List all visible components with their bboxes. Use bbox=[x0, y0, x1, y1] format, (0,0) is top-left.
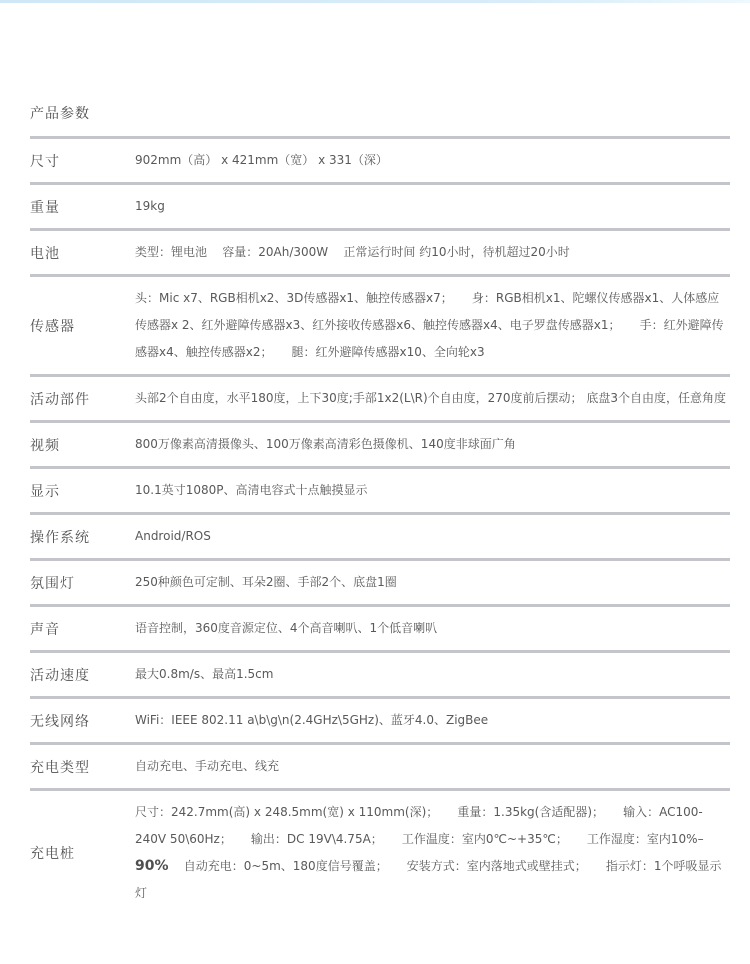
spec-value-segment: 自动充电：0~5m、180度信号覆盖； 安装方式：室内落地式或壁挂式； 指示灯：… bbox=[135, 859, 721, 900]
spec-label-weight: 重量 bbox=[30, 197, 135, 217]
spec-label-video: 视频 bbox=[30, 435, 135, 455]
spec-value-segment: Android/ROS bbox=[135, 529, 211, 543]
spec-value-wireless: WiFi：IEEE 802.11 a\b\g\n(2.4GHz\5GHz)、蓝牙… bbox=[135, 707, 730, 734]
spec-value-moving-parts: 头部2个自由度，水平180度，上下30度;手部1x2(L\R)个自由度，270度… bbox=[135, 385, 730, 412]
spec-label-display: 显示 bbox=[30, 481, 135, 501]
spec-label-charging-dock: 充电桩 bbox=[30, 843, 135, 863]
spec-row-ambient-light: 氛围灯250种颜色可定制、耳朵2圈、手部2个、底盘1圈 bbox=[30, 561, 730, 607]
spec-rows: 尺寸902mm（高） x 421mm（宽） x 331（深）重量19kg电池类型… bbox=[30, 139, 730, 915]
spec-label-ambient-light: 氛围灯 bbox=[30, 573, 135, 593]
spec-row-sensors: 传感器头：Mic x7、RGB相机x2、3D传感器x1、触控传感器x7； 身：R… bbox=[30, 277, 730, 377]
spec-label-sound: 声音 bbox=[30, 619, 135, 639]
spec-row-video: 视频800万像素高清摄像头、100万像素高清彩色摄像机、140度非球面广角 bbox=[30, 423, 730, 469]
spec-value-speed: 最大0.8m/s、最高1.5cm bbox=[135, 661, 730, 688]
spec-value-segment: 19kg bbox=[135, 199, 165, 213]
spec-value-video: 800万像素高清摄像头、100万像素高清彩色摄像机、140度非球面广角 bbox=[135, 431, 730, 458]
spec-label-sensors: 传感器 bbox=[30, 316, 135, 336]
spec-value-dimensions: 902mm（高） x 421mm（宽） x 331（深） bbox=[135, 147, 730, 174]
spec-value-segment: WiFi：IEEE 802.11 a\b\g\n(2.4GHz\5GHz)、蓝牙… bbox=[135, 713, 488, 727]
spec-value-sound: 语音控制，360度音源定位、4个高音喇叭、1个低音喇叭 bbox=[135, 615, 730, 642]
spec-value-segment: 头：Mic x7、RGB相机x2、3D传感器x1、触控传感器x7； 身：RGB相… bbox=[135, 291, 724, 359]
spec-label-dimensions: 尺寸 bbox=[30, 151, 135, 171]
spec-value-segment: 类型：锂电池 容量：20Ah/300W 正常运行时间 约10小时，待机超过20小… bbox=[135, 245, 570, 259]
spec-value-segment: 尺寸：242.7mm(高) x 248.5mm(宽) x 110mm(深)； 重… bbox=[135, 805, 704, 846]
spec-row-os: 操作系统Android/ROS bbox=[30, 515, 730, 561]
spec-table: 产品参数 尺寸902mm（高） x 421mm（宽） x 331（深）重量19k… bbox=[30, 3, 730, 915]
spec-value-segment: 90% bbox=[135, 858, 169, 874]
spec-value-segment: 902mm（高） x 421mm（宽） x 331（深） bbox=[135, 153, 388, 167]
spec-row-display: 显示10.1英寸1080P、高清电容式十点触摸显示 bbox=[30, 469, 730, 515]
spec-value-weight: 19kg bbox=[135, 193, 730, 220]
spec-row-weight: 重量19kg bbox=[30, 185, 730, 231]
spec-value-segment: 250种颜色可定制、耳朵2圈、手部2个、底盘1圈 bbox=[135, 575, 397, 589]
spec-row-battery: 电池类型：锂电池 容量：20Ah/300W 正常运行时间 约10小时，待机超过2… bbox=[30, 231, 730, 277]
section-title: 产品参数 bbox=[30, 3, 730, 139]
spec-row-moving-parts: 活动部件头部2个自由度，水平180度，上下30度;手部1x2(L\R)个自由度，… bbox=[30, 377, 730, 423]
spec-label-wireless: 无线网络 bbox=[30, 711, 135, 731]
spec-value-segment: 最大0.8m/s、最高1.5cm bbox=[135, 667, 273, 681]
spec-value-segment: 10.1英寸1080P、高清电容式十点触摸显示 bbox=[135, 483, 368, 497]
spec-label-battery: 电池 bbox=[30, 243, 135, 263]
spec-value-segment: 自动充电、手动充电、线充 bbox=[135, 759, 279, 773]
spec-value-display: 10.1英寸1080P、高清电容式十点触摸显示 bbox=[135, 477, 730, 504]
spec-value-charging-type: 自动充电、手动充电、线充 bbox=[135, 753, 730, 780]
spec-value-segment: 头部2个自由度，水平180度，上下30度;手部1x2(L\R)个自由度，270度… bbox=[135, 391, 726, 405]
spec-label-speed: 活动速度 bbox=[30, 665, 135, 685]
spec-label-charging-type: 充电类型 bbox=[30, 757, 135, 777]
spec-value-charging-dock: 尺寸：242.7mm(高) x 248.5mm(宽) x 110mm(深)； 重… bbox=[135, 799, 730, 907]
spec-value-battery: 类型：锂电池 容量：20Ah/300W 正常运行时间 约10小时，待机超过20小… bbox=[135, 239, 730, 266]
spec-row-charging-type: 充电类型自动充电、手动充电、线充 bbox=[30, 745, 730, 791]
spec-row-dimensions: 尺寸902mm（高） x 421mm（宽） x 331（深） bbox=[30, 139, 730, 185]
spec-row-charging-dock: 充电桩尺寸：242.7mm(高) x 248.5mm(宽) x 110mm(深)… bbox=[30, 791, 730, 915]
spec-value-sensors: 头：Mic x7、RGB相机x2、3D传感器x1、触控传感器x7； 身：RGB相… bbox=[135, 285, 730, 366]
product-spec-page: 产品参数 尺寸902mm（高） x 421mm（宽） x 331（深）重量19k… bbox=[0, 0, 750, 964]
spec-value-segment: 语音控制，360度音源定位、4个高音喇叭、1个低音喇叭 bbox=[135, 621, 437, 635]
spec-label-moving-parts: 活动部件 bbox=[30, 389, 135, 409]
spec-row-wireless: 无线网络WiFi：IEEE 802.11 a\b\g\n(2.4GHz\5GHz… bbox=[30, 699, 730, 745]
spec-label-os: 操作系统 bbox=[30, 527, 135, 547]
spec-row-sound: 声音语音控制，360度音源定位、4个高音喇叭、1个低音喇叭 bbox=[30, 607, 730, 653]
spec-value-os: Android/ROS bbox=[135, 523, 730, 550]
spec-value-segment: 800万像素高清摄像头、100万像素高清彩色摄像机、140度非球面广角 bbox=[135, 437, 516, 451]
spec-value-ambient-light: 250种颜色可定制、耳朵2圈、手部2个、底盘1圈 bbox=[135, 569, 730, 596]
spec-row-speed: 活动速度最大0.8m/s、最高1.5cm bbox=[30, 653, 730, 699]
